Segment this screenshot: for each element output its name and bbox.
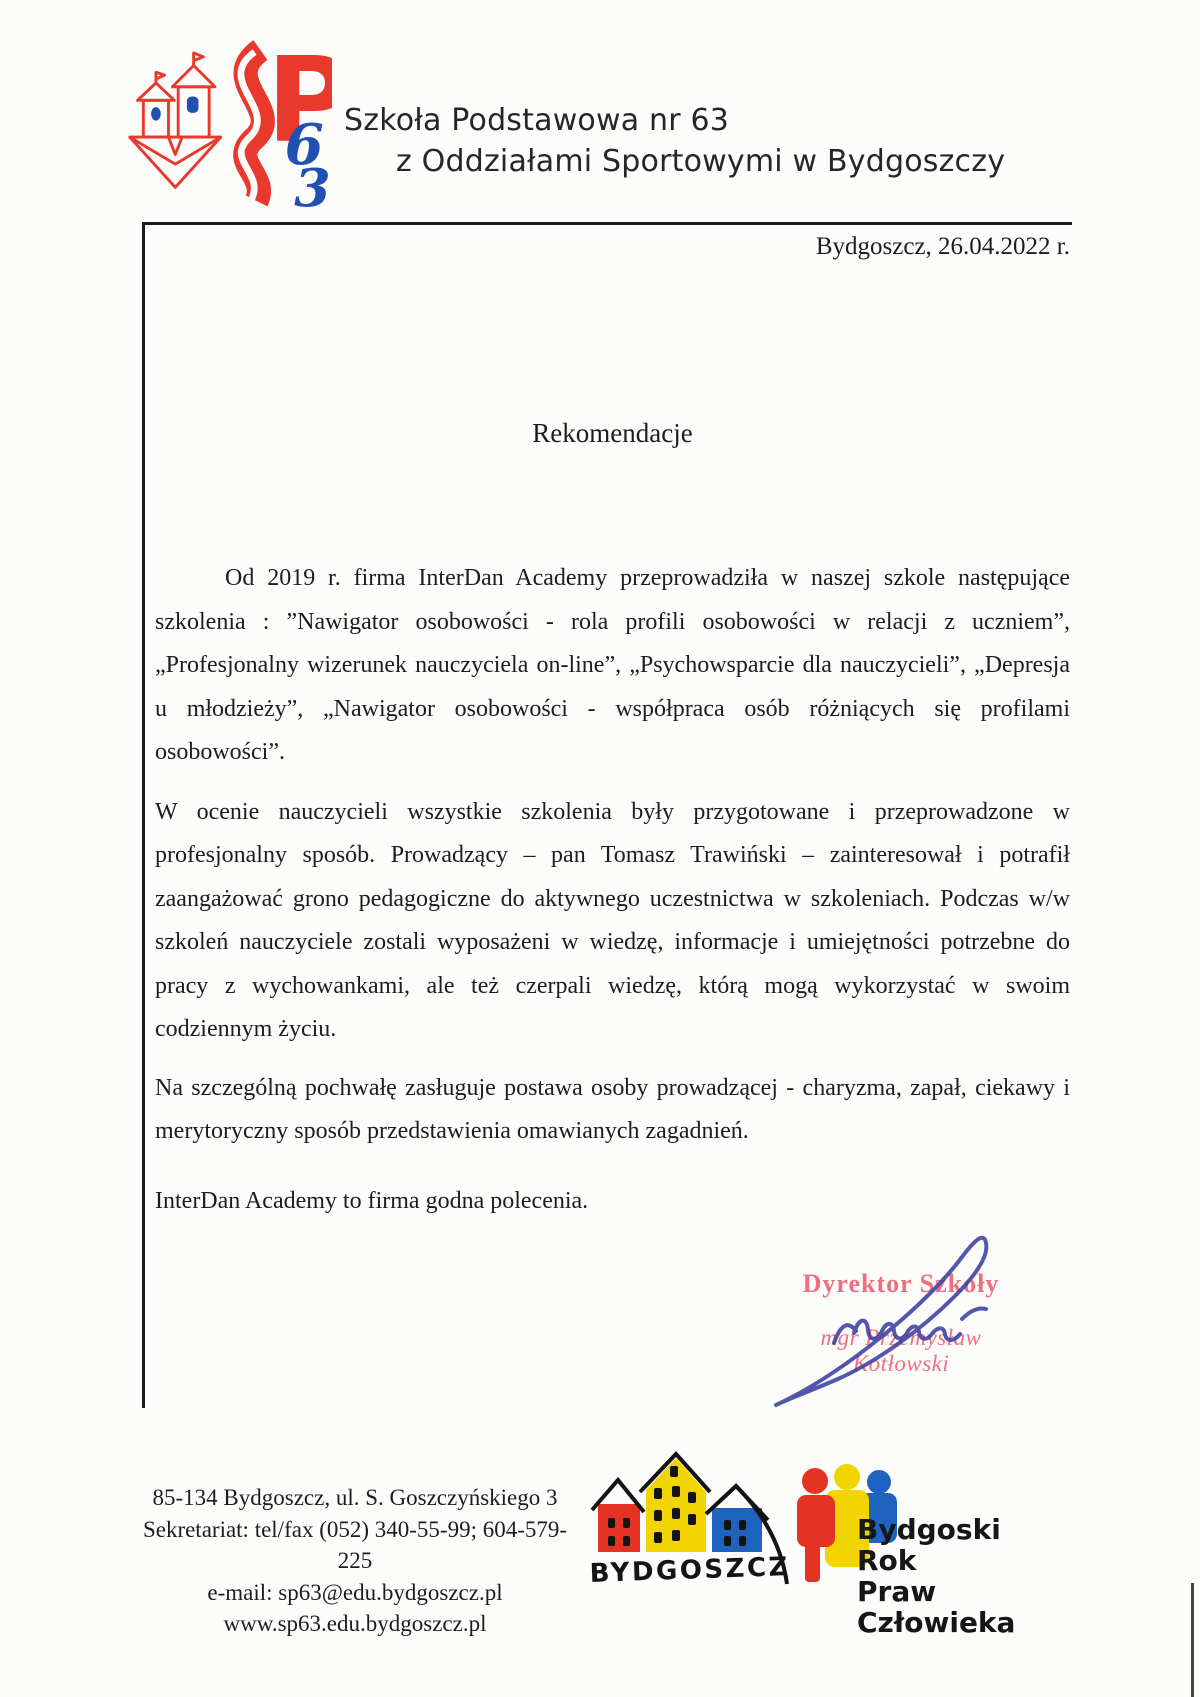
address-line-street: 85-134 Bydgoszcz, ul. S. Goszczyńskiego … [138,1482,572,1514]
human-rights-line1: Bydgoski Rok [857,1514,1067,1576]
signature-block: Dyrektor Szkoły mgr Przemysław Kotłowski [770,1225,1032,1410]
bydgoszcz-caption: BYDGOSZCZ [590,1552,790,1589]
school-name: Szkoła Podstawowa nr 63 z Oddziałami Spo… [344,100,1005,182]
address-line-email: e-mail: sp63@edu.bydgoszcz.pl [138,1577,572,1609]
footer-address: 85-134 Bydgoszcz, ul. S. Goszczyńskiego … [138,1482,572,1640]
human-rights-line2: Praw Człowieka [857,1576,1067,1638]
scan-artifact-line [1191,1583,1194,1697]
human-rights-text: Bydgoski Rok Praw Człowieka [857,1514,1067,1638]
paragraph-praise: Na szczególną pochwałę zasługuje postawa… [155,1067,1070,1154]
date-line: Bydgoszcz, 26.04.2022 r. [155,231,1070,263]
school-name-line1: Szkoła Podstawowa nr 63 [344,100,1005,141]
human-rights-logo: Bydgoski Rok Praw Człowieka [795,1462,1065,1587]
school-crest-icon: P 6 3 [124,40,332,210]
letter-page: P 6 3 Szkoła Podstawowa nr 63 z Oddziała… [0,0,1200,1697]
address-line-phone: Sekretariat: tel/fax (052) 340-55-99; 60… [138,1514,572,1577]
paragraph-evaluation: W ocenie nauczycieli wszystkie szkolenia… [155,791,1070,1052]
letter-title: Rekomendacje [155,415,1070,451]
signature-ink-icon [750,1215,1050,1415]
bydgoszcz-city-logo-icon: BYDGOSZCZ [590,1448,800,1593]
school-name-line2: z Oddziałami Sportowymi w Bydgoszczy [396,141,1005,182]
address-line-website: www.sp63.edu.bydgoszcz.pl [138,1608,572,1640]
paragraph-trainings: Od 2019 r. firma InterDan Academy przepr… [155,557,1070,775]
crest-digit-3: 3 [294,159,330,210]
